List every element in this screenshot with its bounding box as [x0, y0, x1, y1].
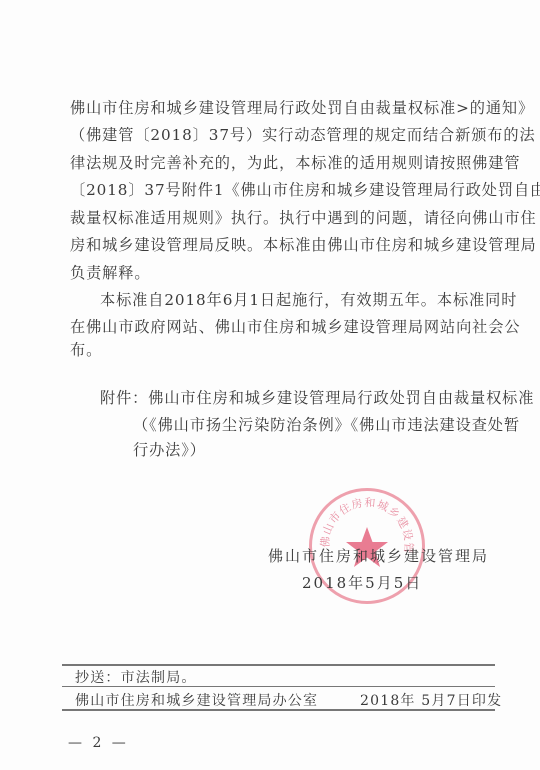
- signature-org: 佛山市住房和城乡建设管理局: [268, 545, 489, 566]
- body-line: 本标准自2018年6月1日起施行，有效期五年。本标准同时: [100, 290, 484, 310]
- body-line: 房和城乡建设管理局反映。本标准由佛山市住房和城乡建设管理局: [70, 235, 484, 255]
- body-line: （佛建管〔2018〕37号）实行动态管理的规定而结合新颁布的法: [70, 125, 484, 145]
- document-page: 佛山市住房和城乡建设管理局行政处罚自由裁量权标准>的通知》 （佛建管〔2018〕…: [0, 0, 540, 770]
- divider: [62, 686, 495, 687]
- issue-date: 2018年 5月7日印发: [360, 690, 502, 710]
- divider: [62, 664, 495, 666]
- body-line: 在佛山市政府网站、佛山市住房和城乡建设管理局网站向社会公: [70, 317, 484, 337]
- body-line: 佛山市住房和城乡建设管理局行政处罚自由裁量权标准>的通知》: [70, 98, 484, 118]
- body-line: 律法规及时完善补充的，为此，本标准的适用规则请按照佛建管: [70, 153, 484, 173]
- body-line: 〔2018〕37号附件1《佛山市住房和城乡建设管理局行政处罚自由: [70, 180, 484, 200]
- page-number: — 2 —: [68, 735, 129, 751]
- cc-line: 抄送：市法制局。: [75, 667, 197, 687]
- attachment-line: 行办法》）: [133, 440, 484, 460]
- body-line: 裁量权标准适用规则》执行。执行中遇到的问题，请径向佛山市住: [70, 208, 484, 228]
- issuer-line: 佛山市住房和城乡建设管理局办公室: [75, 690, 318, 710]
- divider: [62, 709, 495, 711]
- body-line: 布。: [70, 340, 484, 360]
- signature-date: 2018年5月5日: [302, 572, 422, 593]
- attachment-line: （《佛山市扬尘污染防治条例》《佛山市违法建设查处暂: [133, 415, 484, 435]
- attachment-label: 附件：佛山市住房和城乡建设管理局行政处罚自由裁量权标准: [100, 388, 484, 408]
- body-line: 负责解释。: [70, 263, 484, 283]
